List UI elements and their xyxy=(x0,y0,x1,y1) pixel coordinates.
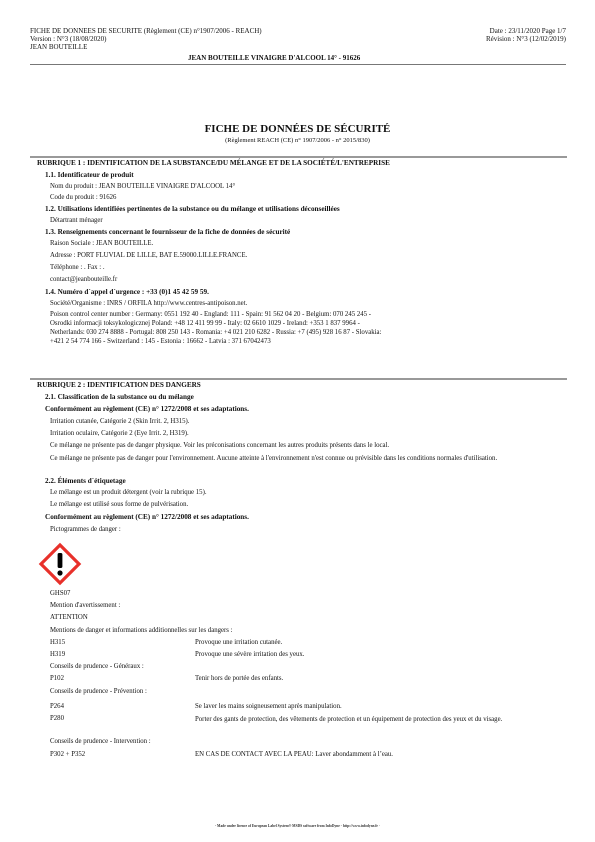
hazard-code: H315 xyxy=(50,639,65,647)
hazard-text: Provoque une irritation cutanée. xyxy=(195,639,282,647)
precaution-code: P280 xyxy=(50,715,64,723)
precaution-text: EN CAS DE CONTACT AVEC LA PEAU: Laver ab… xyxy=(195,751,393,759)
product-name: Nom du produit : JEAN BOUTEILLE VINAIGRE… xyxy=(50,183,235,191)
section-divider xyxy=(30,156,567,158)
spray-note: Le mélange est utilisé sous forme de pul… xyxy=(50,501,188,509)
footer-licence: - Made under licence of European Label S… xyxy=(0,824,595,828)
ghs07-exclamation-icon xyxy=(38,542,82,586)
header-company: JEAN BOUTEILLE xyxy=(30,43,87,51)
poison-center-line: Osrodki informacji toksykologicznej Pola… xyxy=(50,320,360,328)
supplier-email[interactable]: contact@jeanbouteille.fr xyxy=(50,276,117,284)
rubrique-2-heading: RUBRIQUE 2 : IDENTIFICATION DES DANGERS xyxy=(37,381,201,389)
precaution-text: Tenir hors de portée des enfants. xyxy=(195,675,283,683)
supplier-phone-fax: Téléphone : . Fax : . xyxy=(50,264,105,272)
header-regulation-line: FICHE DE DONNEES DE SECURITE (Règlement … xyxy=(30,27,262,35)
page-subtitle: (Règlement REACH (CE) n° 1907/2006 - n° … xyxy=(0,137,595,144)
rubrique-1-heading: RUBRIQUE 1 : IDENTIFICATION DE LA SUBSTA… xyxy=(37,159,390,167)
pictogram-label: Pictogrammes de danger : xyxy=(50,526,121,534)
detergent-note: Le mélange est un produit détergent (voi… xyxy=(50,489,207,497)
section-1-4-title: 1.4. Numéro d´appel d´urgence : +33 (0)1… xyxy=(45,288,209,296)
environment-hazard-note: Ce mélange ne présente pas de danger pou… xyxy=(50,454,570,464)
emergency-organisation: Société/Organisme : INRS / ORFILA http:/… xyxy=(50,300,247,308)
header-date-page: Date : 23/11/2020 Page 1/7 xyxy=(490,27,566,35)
conformity-title: Conformément au règlement (CE) n° 1272/2… xyxy=(45,405,249,413)
prevention-precautions-label: Conseils de prudence - Prévention : xyxy=(50,688,147,696)
hazard-statements-label: Mentions de danger et informations addit… xyxy=(50,627,233,635)
section-2-1-title: 2.1. Classification de la substance ou d… xyxy=(45,393,194,401)
section-1-2-title: 1.2. Utilisations identifiées pertinente… xyxy=(45,205,340,213)
classification-eye: Irritation oculaire, Catégorie 2 (Eye Ir… xyxy=(50,430,189,438)
section-1-1-title: 1.1. Identificateur de produit xyxy=(45,171,134,179)
section-2-2-title: 2.2. Éléments d´étiquetage xyxy=(45,477,126,485)
poison-center-line: +421 2 54 774 166 - Switzerland : 145 - … xyxy=(50,338,271,346)
conformity-title-2: Conformément au règlement (CE) n° 1272/2… xyxy=(45,513,249,521)
header-revision: Révision : N°3 (12/02/2019) xyxy=(486,35,566,43)
precaution-text: Se laver les mains soigneusement après m… xyxy=(195,703,342,711)
hazard-code: H319 xyxy=(50,651,65,659)
poison-center-line: Netherlands: 030 274 8888 - Portugal: 80… xyxy=(50,329,381,337)
product-code: Code du produit : 91626 xyxy=(50,194,116,202)
poison-center-line: Poison control center number : Germany: … xyxy=(50,311,371,319)
ghs-code: GHS07 xyxy=(50,590,70,598)
general-precautions-label: Conseils de prudence - Généraux : xyxy=(50,663,144,671)
signal-word-value: ATTENTION xyxy=(50,614,88,622)
hazard-text: Provoque une sévère irritation des yeux. xyxy=(195,651,304,659)
signal-word-label: Mention d'avertissement : xyxy=(50,602,120,610)
classification-skin: Irritation cutanée, Catégorie 2 (Skin Ir… xyxy=(50,418,189,426)
header-divider xyxy=(30,64,566,65)
header-product-title: JEAN BOUTEILLE VINAIGRE D'ALCOOL 14° - 9… xyxy=(188,54,360,62)
intervention-precautions-label: Conseils de prudence - Intervention : xyxy=(50,738,151,746)
precaution-code: P264 xyxy=(50,703,64,711)
page-title: FICHE DE DONNÉES DE SÉCURITÉ xyxy=(0,123,595,136)
section-1-3-title: 1.3. Renseignements concernant le fourni… xyxy=(45,228,290,236)
physical-hazard-note: Ce mélange ne présente pas de danger phy… xyxy=(50,442,389,450)
supplier-name: Raison Sociale : JEAN BOUTEILLE. xyxy=(50,240,153,248)
section-divider xyxy=(30,378,567,380)
precaution-code: P102 xyxy=(50,675,64,683)
precaution-code: P302 + P352 xyxy=(50,751,85,759)
product-use: Détartrant ménager xyxy=(50,217,103,225)
header-version: Version : N°3 (18/08/2020) xyxy=(30,35,107,43)
precaution-text: Porter des gants de protection, des vête… xyxy=(195,715,570,725)
supplier-address: Adresse : PORT FLUVIAL DE LILLE, BAT E.5… xyxy=(50,252,247,260)
